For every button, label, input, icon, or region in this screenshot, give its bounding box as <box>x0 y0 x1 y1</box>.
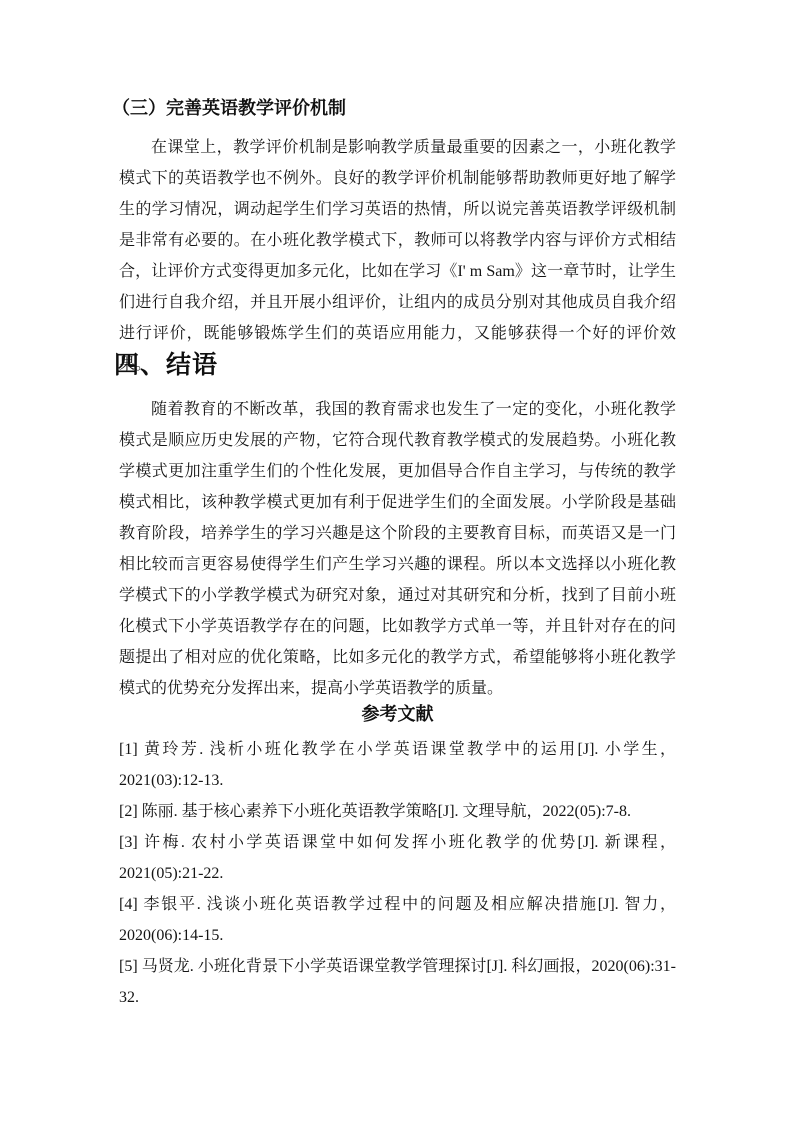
reference-item: [2] 陈丽. 基于核心素养下小班化英语教学策略[J]. 文理导航，2022(0… <box>119 796 676 827</box>
paragraph-conclusion: 随着教育的不断改革，我国的教育需求也发生了一定的变化，小班化教学模式是顺应历史发… <box>119 394 676 704</box>
reference-item: [5] 马贤龙. 小班化背景下小学英语课堂教学管理探讨[J]. 科幻画报，202… <box>119 951 676 1013</box>
references-list: [1] 黄玲芳. 浅析小班化教学在小学英语课堂教学中的运用[J]. 小学生，20… <box>119 734 676 1013</box>
paragraph-evaluation-mechanism: 在课堂上，教学评价机制是影响教学质量最重要的因素之一，小班化教学模式下的英语教学… <box>119 132 676 380</box>
reference-item: [4] 李银平. 浅谈小班化英语教学过程中的问题及相应解决措施[J]. 智力，2… <box>119 889 676 951</box>
references-heading: 参考文献 <box>119 701 676 727</box>
document-page: （三）完善英语教学评价机制 在课堂上，教学评价机制是影响教学质量最重要的因素之一… <box>0 0 793 1122</box>
reference-item: [1] 黄玲芳. 浅析小班化教学在小学英语课堂教学中的运用[J]. 小学生，20… <box>119 734 676 796</box>
section-heading-conclusion: 四、结语 <box>114 348 671 382</box>
section-heading-evaluation-mechanism: （三）完善英语教学评价机制 <box>112 95 669 121</box>
reference-item: [3] 许梅. 农村小学英语课堂中如何发挥小班化教学的优势[J]. 新课程，20… <box>119 827 676 889</box>
